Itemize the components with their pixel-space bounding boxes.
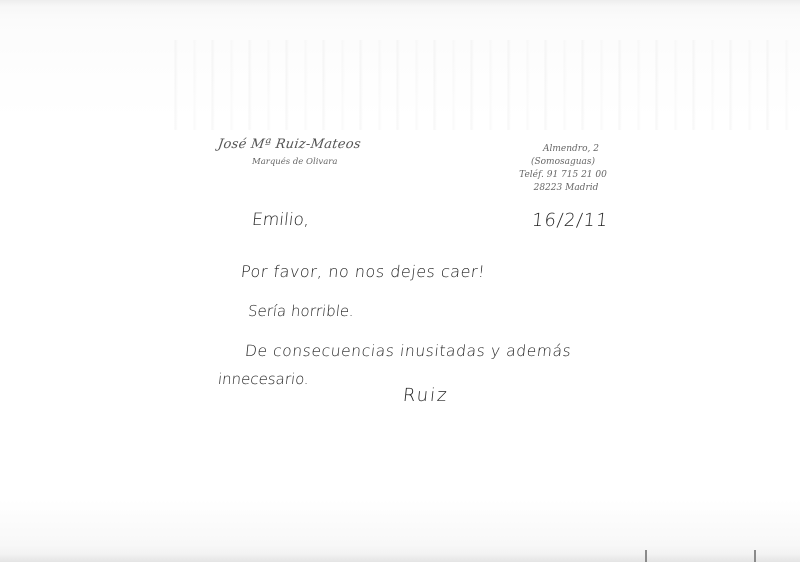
scanned-letter-page: José Mª Ruiz-Mateos Marqués de Olivara A… [0, 0, 800, 562]
letter-line: Por favor, no nos dejes caer! [240, 262, 486, 281]
letterhead-address: Almendro, 2 (Somosaguas) Teléf. 91 715 2… [518, 143, 608, 195]
scan-edge-mark [645, 550, 647, 562]
letter-line: innecesario. [217, 370, 310, 388]
scan-edge-mark [754, 550, 756, 562]
bleed-through-texture [160, 40, 800, 130]
address-phone: Teléf. 91 715 21 00 [518, 169, 608, 182]
letter-signature: Ruiz [402, 385, 450, 406]
letter-line: De consecuencias inusitadas y además [244, 342, 572, 360]
letterhead-name: José Mª Ruiz-Mateos [217, 137, 362, 152]
scan-bottom-edge [0, 554, 800, 562]
letterhead-title: Marqués de Olivara [252, 157, 337, 167]
letter-salutation: Emilio, [251, 210, 310, 230]
address-postal-city: 28223 Madrid [518, 182, 608, 195]
address-street: Almendro, 2 [518, 143, 608, 156]
address-area: (Somosaguas) [518, 156, 608, 169]
letter-date: 16/2/11 [531, 210, 610, 231]
letter-line: Sería horrible. [247, 302, 355, 320]
